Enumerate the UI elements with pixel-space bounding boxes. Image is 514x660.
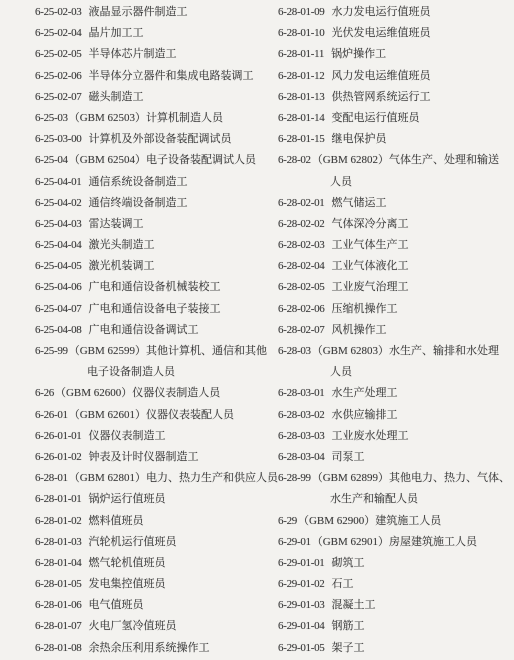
code-entry-row: 6-28-02-01燃气储运工 [278,193,514,214]
entry-code: 6-25-04-04 [35,239,82,251]
entry-name: （GBM 62601）仪器仪表装配人员 [69,409,234,421]
entry-code: 6-28-01-07 [35,620,82,632]
code-entry-row: 6-28-02-03工业气体生产工 [278,235,514,256]
entry-name: 工业气体液化工 [332,260,409,272]
code-entry-row: 6-25-04（GBM 62504）电子设备装配调试人员 [35,150,257,171]
entry-name: 晶片加工工 [89,27,144,39]
code-entry-row: 6-28-01-01锅炉运行值班员 [35,489,257,510]
entry-code: 6-28-01-02 [35,515,82,527]
entry-name: 广电和通信设备调试工 [89,324,199,336]
entry-name: 广电和通信设备机械装校工 [89,281,221,293]
code-entry-row: 6-28-01-07火电厂氢冷值班员 [35,616,257,637]
entry-name: （GBM 62801）电力、热力生产和供应人员 [69,472,278,484]
entry-name: 电子设备制造人员 [87,366,175,378]
code-entry-row: 6-26-01-02钟表及计时仪器制造工 [35,447,257,468]
code-entry-row: 6-28-03-01水生产处理工 [278,383,514,404]
code-entry-row: 6-28-01-04燃气轮机值班员 [35,553,257,574]
code-entry-row: 6-28-01-06电气值班员 [35,595,257,616]
code-entry-row: 6-25-04-01通信系统设备制造工 [35,172,257,193]
entry-name: 工业废水处理工 [332,430,409,442]
code-entry-row: 6-28-01-14变配电运行值班员 [278,108,514,129]
entry-name: 司泵工 [332,451,365,463]
entry-code: 6-25-02-04 [35,27,82,39]
entry-code: 6-26-01-02 [35,451,82,463]
entry-name: （GBM 62504）电子设备装配调试人员 [69,154,256,166]
entry-name: 钢筋工 [332,620,365,632]
entry-code: 6-29-01-02 [278,578,325,590]
entry-code: 6-28-01-14 [278,112,325,124]
code-entry-row: 6-28-02-02气体深冷分离工 [278,214,514,235]
entry-code: 6-29-01 [278,536,311,548]
code-entry-continuation: 水生产和输配人员 [278,489,514,510]
entry-name: 锅炉运行值班员 [89,493,166,505]
entry-name: （GBM 62503）计算机制造人员 [69,112,223,124]
entry-name: 压缩机操作工 [332,303,398,315]
entry-name: 人员 [330,366,352,378]
entry-name: 激光机装调工 [89,260,155,272]
code-entry-row: 6-28-02-05工业废气治理工 [278,277,514,298]
code-entry-row: 6-25-03-00计算机及外部设备装配调试员 [35,129,257,150]
entry-name: 水供应输排工 [332,409,398,421]
entry-name: （GBM 62901）房屋建筑施工人员 [312,536,477,548]
entry-code: 6-29-01-03 [278,599,325,611]
entry-name: （GBM 62599）其他计算机、通信和其他 [69,345,267,357]
code-entry-row: 6-25-04-05激光机装调工 [35,256,257,277]
entry-code: 6-28-02-07 [278,324,325,336]
entry-code: 6-29 [278,515,297,527]
entry-name: 水生产处理工 [332,387,398,399]
code-entry-row: 6-26-01-01仪器仪表制造工 [35,426,257,447]
code-entry-row: 6-25-02-03液晶显示器件制造工 [35,2,257,23]
code-entry-row: 6-28-01-02燃料值班员 [35,511,257,532]
code-entry-row: 6-29（GBM 62900）建筑施工人员 [278,511,514,532]
entry-name: （GBM 62900）建筑施工人员 [298,515,441,527]
entry-name: 计算机及外部设备装配调试员 [89,133,232,145]
entry-code: 6-28-01-05 [35,578,82,590]
entry-name: 半导体芯片制造工 [89,48,177,60]
entry-code: 6-28-01-11 [278,48,324,60]
entry-name: 人员 [330,176,352,188]
code-entry-row: 6-28-01-09水力发电运行值班员 [278,2,514,23]
entry-code: 6-28-03-03 [278,430,325,442]
entry-code: 6-26 [35,387,54,399]
entry-name: 广电和通信设备电子装接工 [89,303,221,315]
code-entry-row: 6-28-01-08余热余压利用系统操作工 [35,638,257,659]
entry-code: 6-29-01-04 [278,620,325,632]
entry-code: 6-26-01 [35,409,68,421]
code-entry-row: 6-28-01-13供热管网系统运行工 [278,87,514,108]
entry-code: 6-25-04-08 [35,324,82,336]
code-entry-row: 6-28-01-12风力发电运维值班员 [278,66,514,87]
entry-code: 6-25-04-06 [35,281,82,293]
document-page: 6-25-02-03液晶显示器件制造工6-25-02-04晶片加工工6-25-0… [0,0,514,660]
entry-code: 6-28-02-04 [278,260,325,272]
entry-name: 风力发电运维值班员 [332,70,431,82]
code-entry-row: 6-29-01-01砌筑工 [278,553,514,574]
code-entry-row: 6-28-01-05发电集控值班员 [35,574,257,595]
entry-code: 6-25-04-07 [35,303,82,315]
entry-name: （GBM 62803）水生产、输排和水处理 [312,345,499,357]
entry-code: 6-25-04-01 [35,176,82,188]
code-entry-row: 6-28-02-04工业气体液化工 [278,256,514,277]
code-entry-row: 6-25-04-08广电和通信设备调试工 [35,320,257,341]
entry-name: 锅炉操作工 [331,48,386,60]
entry-name: 通信系统设备制造工 [89,176,188,188]
entry-name: 石工 [332,578,354,590]
entry-name: 风机操作工 [332,324,387,336]
entry-code: 6-28-02-05 [278,281,325,293]
code-list-column-right: 6-28-01-09水力发电运行值班员6-28-01-10光伏发电运维值班员6-… [278,2,514,659]
entry-code: 6-25-04-02 [35,197,82,209]
entry-code: 6-28-03-02 [278,409,325,421]
entry-code: 6-28-02 [278,154,311,166]
code-entry-row: 6-28-01-15继电保护员 [278,129,514,150]
entry-name: 燃气轮机值班员 [89,557,166,569]
code-entry-row: 6-29-01-02石工 [278,574,514,595]
code-entry-row: 6-28-03（GBM 62803）水生产、输排和水处理 [278,341,514,362]
entry-name: 雷达装调工 [89,218,144,230]
code-entry-row: 6-28-01-03汽轮机运行值班员 [35,532,257,553]
code-entry-row: 6-28-03-02水供应输排工 [278,405,514,426]
entry-code: 6-28-01-13 [278,91,325,103]
entry-name: 架子工 [332,642,365,654]
entry-name: 砌筑工 [332,557,365,569]
code-entry-row: 6-29-01-04钢筋工 [278,616,514,637]
code-entry-continuation: 人员 [278,172,514,193]
entry-name: 火电厂氢冷值班员 [89,620,177,632]
code-entry-row: 6-28-99（GBM 62899）其他电力、热力、气体、 [278,468,514,489]
entry-code: 6-28-01 [35,472,68,484]
code-entry-row: 6-28-01-10光伏发电运维值班员 [278,23,514,44]
entry-code: 6-28-03-01 [278,387,325,399]
entry-name: （GBM 62802）气体生产、处理和输送 [312,154,499,166]
entry-code: 6-28-01-06 [35,599,82,611]
entry-code: 6-25-04-05 [35,260,82,272]
entry-code: 6-26-01-01 [35,430,82,442]
code-entry-row: 6-25-99（GBM 62599）其他计算机、通信和其他 [35,341,257,362]
code-entry-row: 6-25-04-04激光头制造工 [35,235,257,256]
entry-code: 6-25-02-05 [35,48,82,60]
entry-code: 6-28-02-02 [278,218,325,230]
entry-name: 混凝土工 [332,599,376,611]
code-entry-row: 6-28-02-06压缩机操作工 [278,299,514,320]
code-entry-row: 6-25-02-04晶片加工工 [35,23,257,44]
entry-name: 工业废气治理工 [332,281,409,293]
code-entry-row: 6-28-01-11锅炉操作工 [278,44,514,65]
entry-code: 6-25-02-03 [35,6,82,18]
entry-name: 供热管网系统运行工 [332,91,431,103]
entry-name: 汽轮机运行值班员 [89,536,177,548]
entry-code: 6-28-03 [278,345,311,357]
code-entry-row: 6-26（GBM 62600）仪器仪表制造人员 [35,383,257,404]
code-entry-row: 6-29-01-03混凝土工 [278,595,514,616]
code-entry-row: 6-28-02（GBM 62802）气体生产、处理和输送 [278,150,514,171]
entry-code: 6-25-03-00 [35,133,82,145]
entry-code: 6-29-01-05 [278,642,325,654]
entry-code: 6-28-01-12 [278,70,325,82]
code-entry-row: 6-28-03-03工业废水处理工 [278,426,514,447]
entry-name: 继电保护员 [332,133,387,145]
entry-code: 6-25-02-06 [35,70,82,82]
entry-code: 6-25-03 [35,112,68,124]
entry-name: 气体深冷分离工 [332,218,409,230]
code-entry-row: 6-25-04-07广电和通信设备电子装接工 [35,299,257,320]
code-entry-row: 6-25-03（GBM 62503）计算机制造人员 [35,108,257,129]
code-entry-row: 6-25-04-06广电和通信设备机械装校工 [35,277,257,298]
code-entry-row: 6-28-02-07风机操作工 [278,320,514,341]
entry-name: 工业气体生产工 [332,239,409,251]
entry-name: 钟表及计时仪器制造工 [89,451,199,463]
entry-name: 光伏发电运维值班员 [332,27,431,39]
entry-name: 余热余压利用系统操作工 [89,642,210,654]
entry-code: 6-28-01-09 [278,6,325,18]
entry-code: 6-25-04 [35,154,68,166]
entry-name: 水力发电运行值班员 [332,6,431,18]
code-entry-continuation: 人员 [278,362,514,383]
entry-name: （GBM 62600）仪器仪表制造人员 [55,387,220,399]
entry-code: 6-28-02-06 [278,303,325,315]
code-entry-row: 6-25-02-06半导体分立器件和集成电路装调工 [35,66,257,87]
entry-code: 6-28-02-03 [278,239,325,251]
code-entry-row: 6-26-01（GBM 62601）仪器仪表装配人员 [35,405,257,426]
entry-code: 6-28-01-03 [35,536,82,548]
entry-code: 6-25-04-03 [35,218,82,230]
entry-code: 6-28-02-01 [278,197,325,209]
entry-code: 6-28-01-15 [278,133,325,145]
entry-code: 6-28-99 [278,472,311,484]
entry-code: 6-25-02-07 [35,91,82,103]
code-entry-row: 6-28-01（GBM 62801）电力、热力生产和供应人员 [35,468,257,489]
entry-name: 电气值班员 [89,599,144,611]
code-entry-row: 6-25-02-05半导体芯片制造工 [35,44,257,65]
entry-name: 仪器仪表制造工 [89,430,166,442]
code-entry-row: 6-25-04-03雷达装调工 [35,214,257,235]
entry-code: 6-28-01-08 [35,642,82,654]
entry-code: 6-28-03-04 [278,451,325,463]
entry-name: 激光头制造工 [89,239,155,251]
entry-name: 变配电运行值班员 [332,112,420,124]
entry-name: 燃料值班员 [89,515,144,527]
entry-code: 6-25-99 [35,345,68,357]
entry-name: 通信终端设备制造工 [89,197,188,209]
entry-code: 6-28-01-01 [35,493,82,505]
code-entry-row: 6-25-04-02通信终端设备制造工 [35,193,257,214]
entry-name: 水生产和输配人员 [330,493,418,505]
code-entry-continuation: 电子设备制造人员 [35,362,257,383]
entry-name: 半导体分立器件和集成电路装调工 [89,70,254,82]
entry-code: 6-28-01-10 [278,27,325,39]
code-entry-row: 6-25-02-07磁头制造工 [35,87,257,108]
code-entry-row: 6-28-03-04司泵工 [278,447,514,468]
code-entry-row: 6-29-01（GBM 62901）房屋建筑施工人员 [278,532,514,553]
entry-name: 燃气储运工 [332,197,387,209]
code-list-column-left: 6-25-02-03液晶显示器件制造工6-25-02-04晶片加工工6-25-0… [35,2,257,659]
code-entry-row: 6-29-01-05架子工 [278,638,514,659]
entry-name: （GBM 62899）其他电力、热力、气体、 [312,472,510,484]
entry-name: 磁头制造工 [89,91,144,103]
entry-code: 6-29-01-01 [278,557,325,569]
entry-code: 6-28-01-04 [35,557,82,569]
entry-name: 发电集控值班员 [89,578,166,590]
entry-name: 液晶显示器件制造工 [89,6,188,18]
